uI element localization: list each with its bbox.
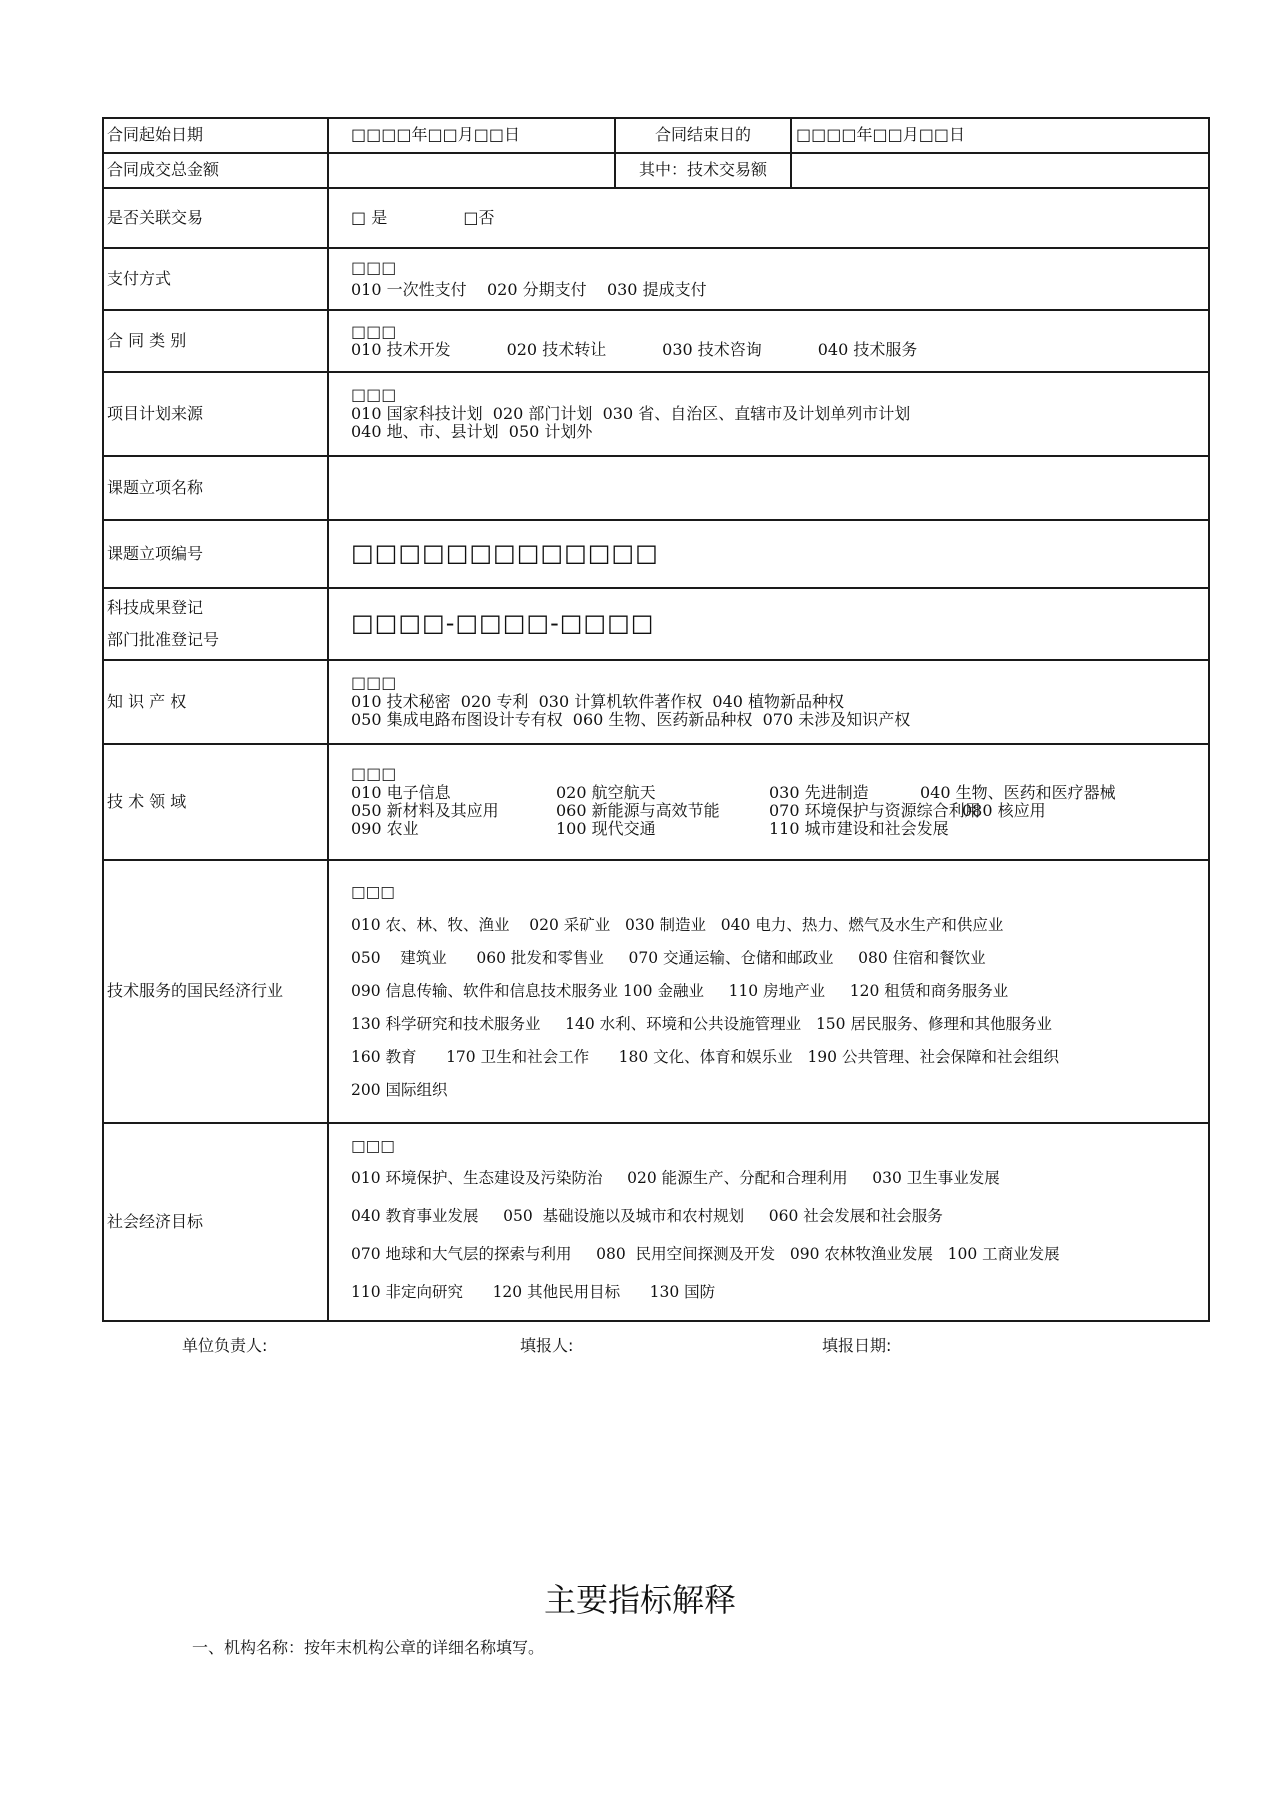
tech-field-option: 110 城市建设和社会发展 xyxy=(769,820,962,838)
industry-options-line: 200 国际组织 xyxy=(351,1074,1208,1107)
row-ip: 知 识 产 权 □□□ 010 技术秘密 020 专利 030 计算机软件著作权… xyxy=(103,660,1209,744)
tech-field-code-boxes[interactable]: □□□ xyxy=(351,765,1208,783)
row-tech-field: 技 术 领 域 □□□ 010 电子信息 020 航空航天 030 先进制造 0… xyxy=(103,744,1209,860)
related-trade-label: 是否关联交易 xyxy=(103,188,328,248)
registration-label: 科技成果登记 部门批准登记号 xyxy=(103,588,328,660)
ip-options-line-2: 050 集成电路布图设计专有权 060 生物、医药新品种权 070 未涉及知识产… xyxy=(351,711,1208,729)
related-trade-no-checkbox[interactable]: □否 xyxy=(463,208,494,227)
filler-signature-label: 填报人: xyxy=(520,1333,573,1356)
tech-field-option: 010 电子信息 xyxy=(351,784,556,802)
row-amounts: 合同成交总金额 其中：技术交易额 xyxy=(103,153,1209,188)
unit-head-signature-label: 单位负责人: xyxy=(182,1333,267,1356)
industry-options-line: 130 科学研究和技术服务业 140 水利、环境和公共设施管理业 150 居民服… xyxy=(351,1008,1208,1041)
payment-cell: □□□ 010 一次性支付 020 分期支付 030 提成支付 xyxy=(328,248,1209,310)
project-number-field[interactable]: □□□□□□□□□□□□□ xyxy=(328,520,1209,588)
plan-source-cell: □□□ 010 国家科技计划 020 部门计划 030 省、自治区、直辖市及计划… xyxy=(328,372,1209,456)
row-project-name: 课题立项名称 xyxy=(103,456,1209,520)
tech-field-option: 080 核应用 xyxy=(962,802,1192,820)
total-amount-label: 合同成交总金额 xyxy=(103,153,328,188)
payment-code-boxes[interactable]: □□□ xyxy=(351,259,1208,277)
registration-number-field[interactable]: □□□□-□□□□-□□□□ xyxy=(328,588,1209,660)
end-date-label: 合同结束日的 xyxy=(615,118,791,153)
industry-code-boxes[interactable]: □□□ xyxy=(351,876,1208,909)
socio-goal-cell: □□□ 010 环境保护、生态建设及污染防治 020 能源生产、分配和合理利用 … xyxy=(328,1123,1209,1321)
row-start-end-date: 合同起始日期 □□□□年□□月□□日 合同结束日的 □□□□年□□月□□日 xyxy=(103,118,1209,153)
contract-type-code-boxes[interactable]: □□□ xyxy=(351,323,1208,341)
industry-options-line: 050 建筑业 060 批发和零售业 070 交通运输、仓储和邮政业 080 住… xyxy=(351,942,1208,975)
project-name-field[interactable] xyxy=(328,456,1209,520)
ip-cell: □□□ 010 技术秘密 020 专利 030 计算机软件著作权 040 植物新… xyxy=(328,660,1209,744)
tech-field-option: 100 现代交通 xyxy=(556,820,769,838)
payment-label: 支付方式 xyxy=(103,248,328,310)
tech-field-option xyxy=(962,820,1192,838)
payment-options: 010 一次性支付 020 分期支付 030 提成支付 xyxy=(351,281,1208,299)
tech-field-option: 090 农业 xyxy=(351,820,556,838)
ip-options-line-1: 010 技术秘密 020 专利 030 计算机软件著作权 040 植物新品种权 xyxy=(351,693,1208,711)
plan-source-options-line-1: 010 国家科技计划 020 部门计划 030 省、自治区、直辖市及计划单列市计… xyxy=(351,405,1208,423)
related-trade-yes-checkbox[interactable]: □ 是 xyxy=(351,208,387,227)
explanation-title: 主要指标解释 xyxy=(0,1575,1280,1621)
industry-cell: □□□ 010 农、林、牧、渔业 020 采矿业 030 制造业 040 电力、… xyxy=(328,860,1209,1123)
tech-field-label: 技 术 领 域 xyxy=(103,744,328,860)
registration-label-line-2: 部门批准登记号 xyxy=(107,624,327,656)
ip-label: 知 识 产 权 xyxy=(103,660,328,744)
contract-type-cell: □□□ 010 技术开发 020 技术转让 030 技术咨询 040 技术服务 xyxy=(328,310,1209,372)
row-socio-goal: 社会经济目标 □□□ 010 环境保护、生态建设及污染防治 020 能源生产、分… xyxy=(103,1123,1209,1321)
socio-goal-options-line: 010 环境保护、生态建设及污染防治 020 能源生产、分配和合理利用 030 … xyxy=(351,1159,1208,1197)
project-name-label: 课题立项名称 xyxy=(103,456,328,520)
socio-goal-options-line: 070 地球和大气层的探索与利用 080 民用空间探测及开发 090 农林牧渔业… xyxy=(351,1235,1208,1273)
industry-options-line: 090 信息传输、软件和信息技术服务业 100 金融业 110 房地产业 120… xyxy=(351,975,1208,1008)
plan-source-label: 项目计划来源 xyxy=(103,372,328,456)
tech-field-option: 020 航空航天 xyxy=(556,784,769,802)
industry-options-line: 010 农、林、牧、渔业 020 采矿业 030 制造业 040 电力、热力、燃… xyxy=(351,909,1208,942)
registration-label-line-1: 科技成果登记 xyxy=(107,592,327,624)
tech-field-cell: □□□ 010 电子信息 020 航空航天 030 先进制造 040 生物、医药… xyxy=(328,744,1209,860)
tech-field-option: 040 生物、医药和医疗器械 xyxy=(920,784,1192,802)
contract-type-options: 010 技术开发 020 技术转让 030 技术咨询 040 技术服务 xyxy=(351,341,1208,359)
start-date-field[interactable]: □□□□年□□月□□日 xyxy=(328,118,615,153)
row-related-trade: 是否关联交易 □ 是 □否 xyxy=(103,188,1209,248)
socio-goal-options-line: 040 教育事业发展 050 基础设施以及城市和农村规划 060 社会发展和社会… xyxy=(351,1197,1208,1235)
ip-code-boxes[interactable]: □□□ xyxy=(351,674,1208,692)
tech-field-option: 060 新能源与高效节能 xyxy=(556,802,769,820)
contract-form-table: 合同起始日期 □□□□年□□月□□日 合同结束日的 □□□□年□□月□□日 合同… xyxy=(102,117,1210,1322)
start-date-label: 合同起始日期 xyxy=(103,118,328,153)
fill-date-label: 填报日期: xyxy=(822,1333,891,1356)
tech-amount-field[interactable] xyxy=(791,153,1209,188)
socio-goal-options-line: 110 非定向研究 120 其他民用目标 130 国防 xyxy=(351,1273,1208,1311)
industry-options-line: 160 教育 170 卫生和社会工作 180 文化、体育和娱乐业 190 公共管… xyxy=(351,1041,1208,1074)
total-amount-field[interactable] xyxy=(328,153,615,188)
plan-source-options-line-2: 040 地、市、县计划 050 计划外 xyxy=(351,423,1208,441)
industry-label: 技术服务的国民经济行业 xyxy=(103,860,328,1123)
row-plan-source: 项目计划来源 □□□ 010 国家科技计划 020 部门计划 030 省、自治区… xyxy=(103,372,1209,456)
tech-amount-label: 其中：技术交易额 xyxy=(615,153,791,188)
tech-field-options-grid: 010 电子信息 020 航空航天 030 先进制造 040 生物、医药和医疗器… xyxy=(351,784,1208,839)
row-contract-type: 合 同 类 别 □□□ 010 技术开发 020 技术转让 030 技术咨询 0… xyxy=(103,310,1209,372)
tech-field-option: 050 新材料及其应用 xyxy=(351,802,556,820)
tech-field-option: 070 环境保护与资源综合利用 xyxy=(769,802,962,820)
row-industry: 技术服务的国民经济行业 □□□ 010 农、林、牧、渔业 020 采矿业 030… xyxy=(103,860,1209,1123)
socio-goal-code-boxes[interactable]: □□□ xyxy=(351,1133,1208,1159)
row-registration: 科技成果登记 部门批准登记号 □□□□-□□□□-□□□□ xyxy=(103,588,1209,660)
related-trade-options: □ 是 □否 xyxy=(328,188,1209,248)
contract-type-label: 合 同 类 别 xyxy=(103,310,328,372)
explanation-item: 一、机构名称：按年末机构公章的详细名称填写。 xyxy=(192,1635,544,1658)
socio-goal-label: 社会经济目标 xyxy=(103,1123,328,1321)
project-number-label: 课题立项编号 xyxy=(103,520,328,588)
end-date-field[interactable]: □□□□年□□月□□日 xyxy=(791,118,1209,153)
plan-source-code-boxes[interactable]: □□□ xyxy=(351,386,1208,404)
row-payment: 支付方式 □□□ 010 一次性支付 020 分期支付 030 提成支付 xyxy=(103,248,1209,310)
row-project-number: 课题立项编号 □□□□□□□□□□□□□ xyxy=(103,520,1209,588)
